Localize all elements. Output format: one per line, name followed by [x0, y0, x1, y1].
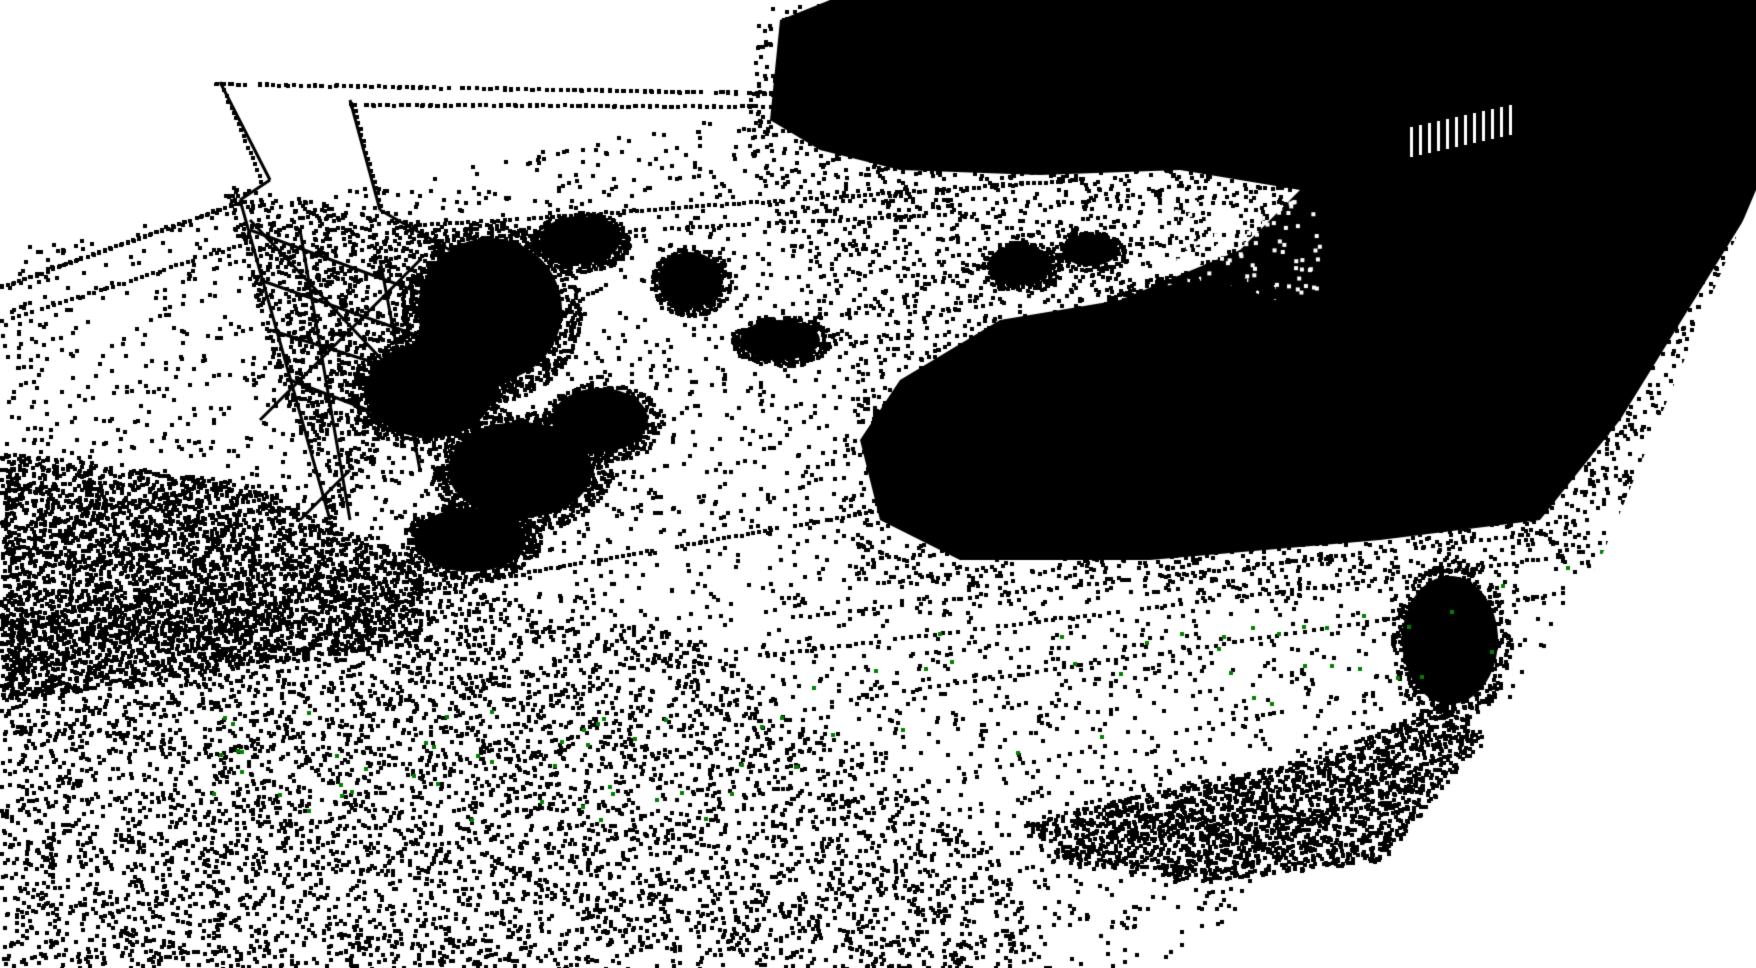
- point-cloud-viewport[interactable]: [0, 0, 1756, 968]
- point-cloud-canvas[interactable]: [0, 0, 1756, 968]
